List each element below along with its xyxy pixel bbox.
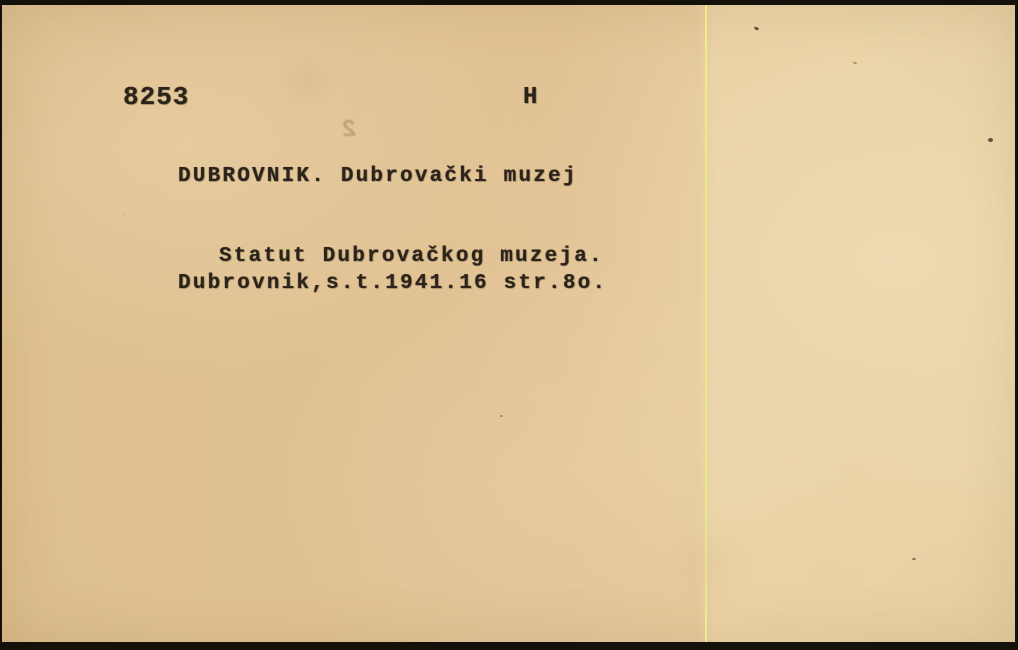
paper-speck	[754, 26, 760, 31]
catalog-heading: DUBROVNIK. Dubrovački muzej	[178, 165, 578, 188]
ghost-numeral-smudge: 2	[341, 117, 357, 145]
call-number: 8253	[123, 82, 189, 112]
catalog-entry-imprint: Dubrovnik,s.t.1941.16 str.8o.	[178, 272, 607, 295]
paper-speck	[988, 138, 993, 142]
index-card: 2 8253 H DUBROVNIK. Dubrovački muzej Sta…	[2, 5, 1015, 642]
paper-speck	[500, 415, 503, 417]
paper-speck	[853, 61, 857, 65]
scanned-catalog-card: 2 8253 H DUBROVNIK. Dubrovački muzej Sta…	[0, 0, 1018, 650]
section-letter: H	[523, 84, 537, 111]
paper-speck	[912, 558, 916, 561]
card-fold-line	[705, 5, 707, 642]
catalog-entry-title: Statut Dubrovačkog muzeja.	[219, 245, 604, 268]
